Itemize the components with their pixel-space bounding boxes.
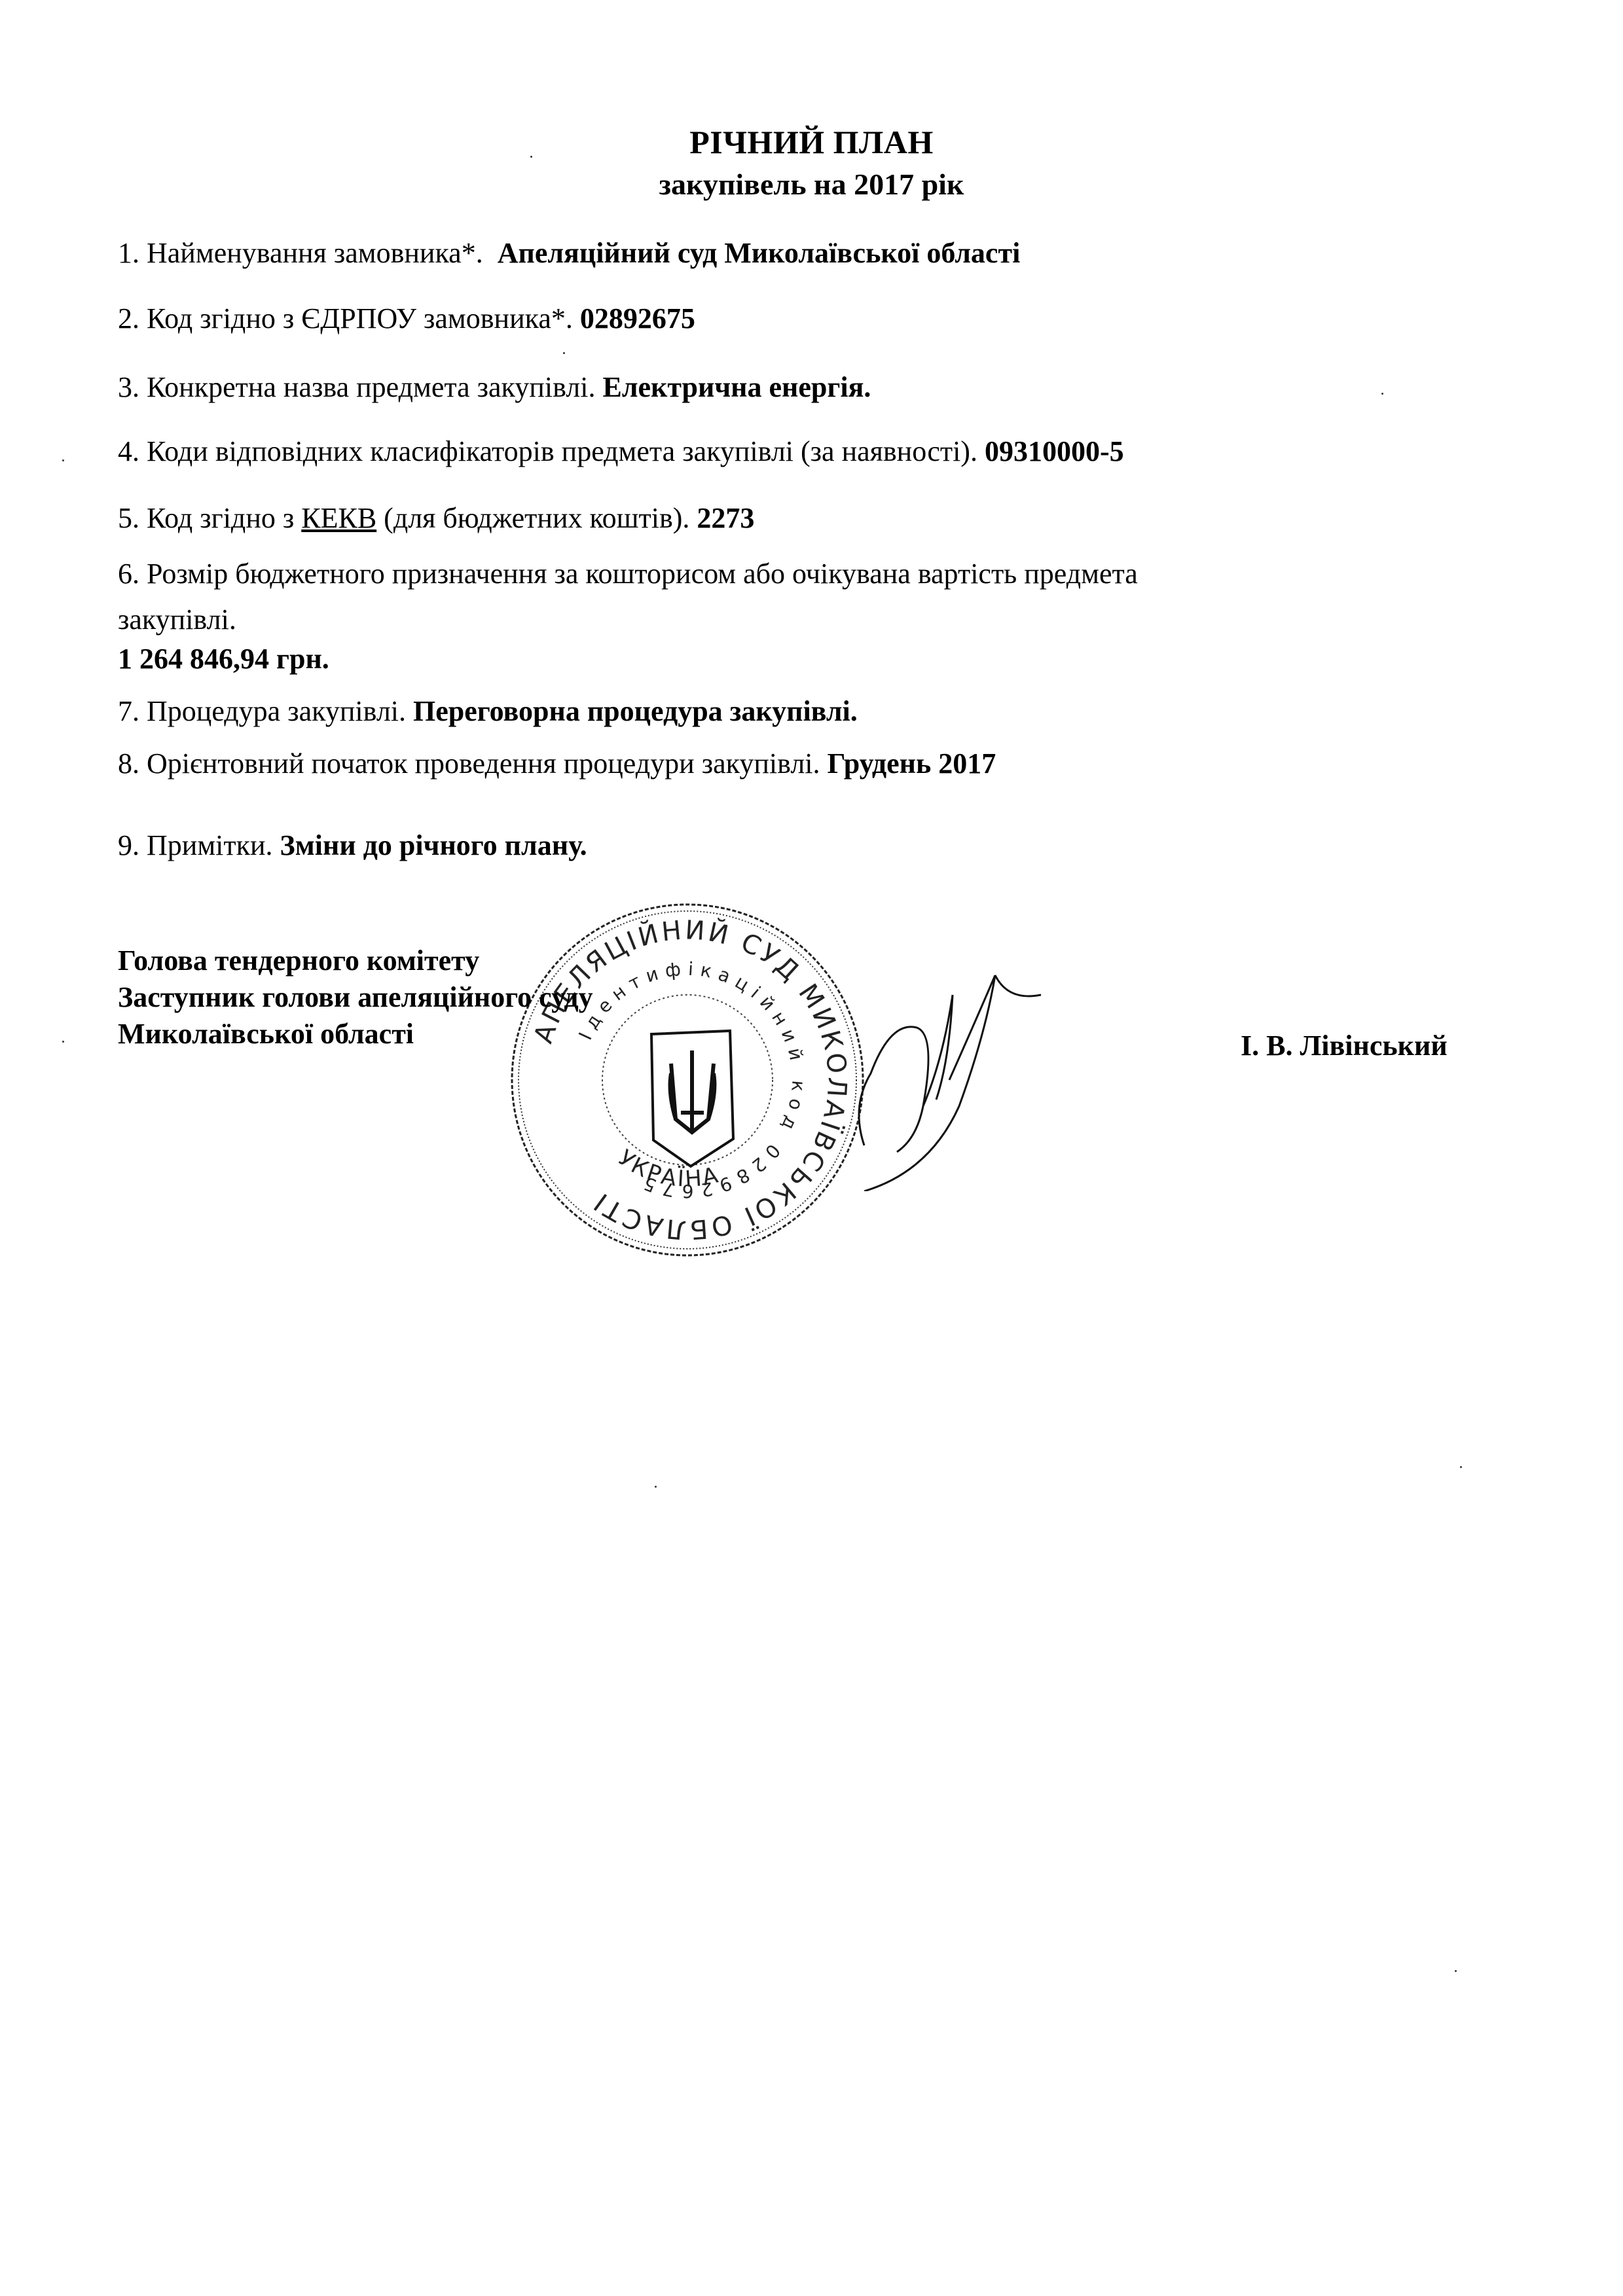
document-page: РІЧНИЙ ПЛАН закупівель на 2017 рік 1. На… xyxy=(0,0,1623,2296)
item-label-suffix: (для бюджетних коштів). xyxy=(376,502,689,534)
item-customer-name: 1. Найменування замовника*. Апеляційний … xyxy=(118,239,1020,268)
item-subject-name: 3. Конкретна назва предмета закупівлі. Е… xyxy=(118,373,871,402)
item-procedure: 7. Процедура закупівлі. Переговорна проц… xyxy=(118,697,858,726)
scan-speck xyxy=(1455,1970,1457,1972)
item-value: Переговорна процедура закупівлі. xyxy=(413,695,858,727)
item-value: Зміни до річного плану. xyxy=(280,829,587,861)
signer-position-line-1: Голова тендерного комітету xyxy=(118,942,593,979)
item-budget-label: 6. Розмір бюджетного призначення за кошт… xyxy=(118,560,1138,588)
item-label: 1. Найменування замовника*. xyxy=(118,237,483,269)
scan-speck xyxy=(1460,1466,1462,1468)
scan-speck xyxy=(655,1486,657,1488)
item-classifier-codes: 4. Коди відповідних класифікаторів предм… xyxy=(118,437,1124,466)
scan-speck xyxy=(62,459,64,461)
svg-text:УКРАЇНА: УКРАЇНА xyxy=(613,1145,722,1193)
signature-block: Голова тендерного комітету Заступник гол… xyxy=(118,942,593,1052)
item-edrpou-code: 2. Код згідно з ЄДРПОУ замовника*. 02892… xyxy=(118,304,695,333)
scan-speck xyxy=(563,352,565,354)
document-title: РІЧНИЙ ПЛАН xyxy=(0,123,1623,161)
item-value: Апеляційний суд Миколаївської області xyxy=(498,237,1021,269)
item-label: 2. Код згідно з ЄДРПОУ замовника*. xyxy=(118,302,573,334)
trident-icon xyxy=(651,1031,733,1166)
item-label-prefix: 5. Код згідно з xyxy=(118,502,301,534)
item-label: 4. Коди відповідних класифікаторів предм… xyxy=(118,435,977,467)
seal-bottom-text: УКРАЇНА xyxy=(613,1145,722,1193)
item-label: 9. Примітки. xyxy=(118,829,273,861)
item-value: 02892675 xyxy=(580,302,695,334)
scan-speck xyxy=(62,1041,64,1043)
item-value: Електрична енергія. xyxy=(602,371,871,403)
item-label: 8. Орієнтовний початок проведення процед… xyxy=(118,747,820,780)
scan-speck xyxy=(530,156,532,158)
scan-speck xyxy=(1381,393,1383,395)
kekv-link: КЕКВ xyxy=(301,502,376,534)
item-label: 3. Конкретна назва предмета закупівлі. xyxy=(118,371,595,403)
item-value: 2273 xyxy=(697,502,754,534)
item-start-date: 8. Орієнтовний початок проведення процед… xyxy=(118,749,996,778)
item-notes: 9. Примітки. Зміни до річного плану. xyxy=(118,831,587,860)
document-subtitle: закупівель на 2017 рік xyxy=(0,167,1623,202)
item-label: 7. Процедура закупівлі. xyxy=(118,695,406,727)
item-budget-value: 1 264 846,94 грн. xyxy=(118,645,329,673)
item-value: Грудень 2017 xyxy=(828,747,996,780)
signer-name: І. В. Лівінський xyxy=(1241,1029,1448,1062)
signer-position-line-3: Миколаївської області xyxy=(118,1016,593,1052)
item-value: 09310000-5 xyxy=(985,435,1124,467)
signer-position-line-2: Заступник голови апеляційного суду xyxy=(118,979,593,1016)
item-kekv-code: 5. Код згідно з КЕКВ (для бюджетних кошт… xyxy=(118,504,754,533)
handwritten-signature xyxy=(845,956,1133,1191)
item-budget-label-cont: закупівлі. xyxy=(118,605,236,634)
